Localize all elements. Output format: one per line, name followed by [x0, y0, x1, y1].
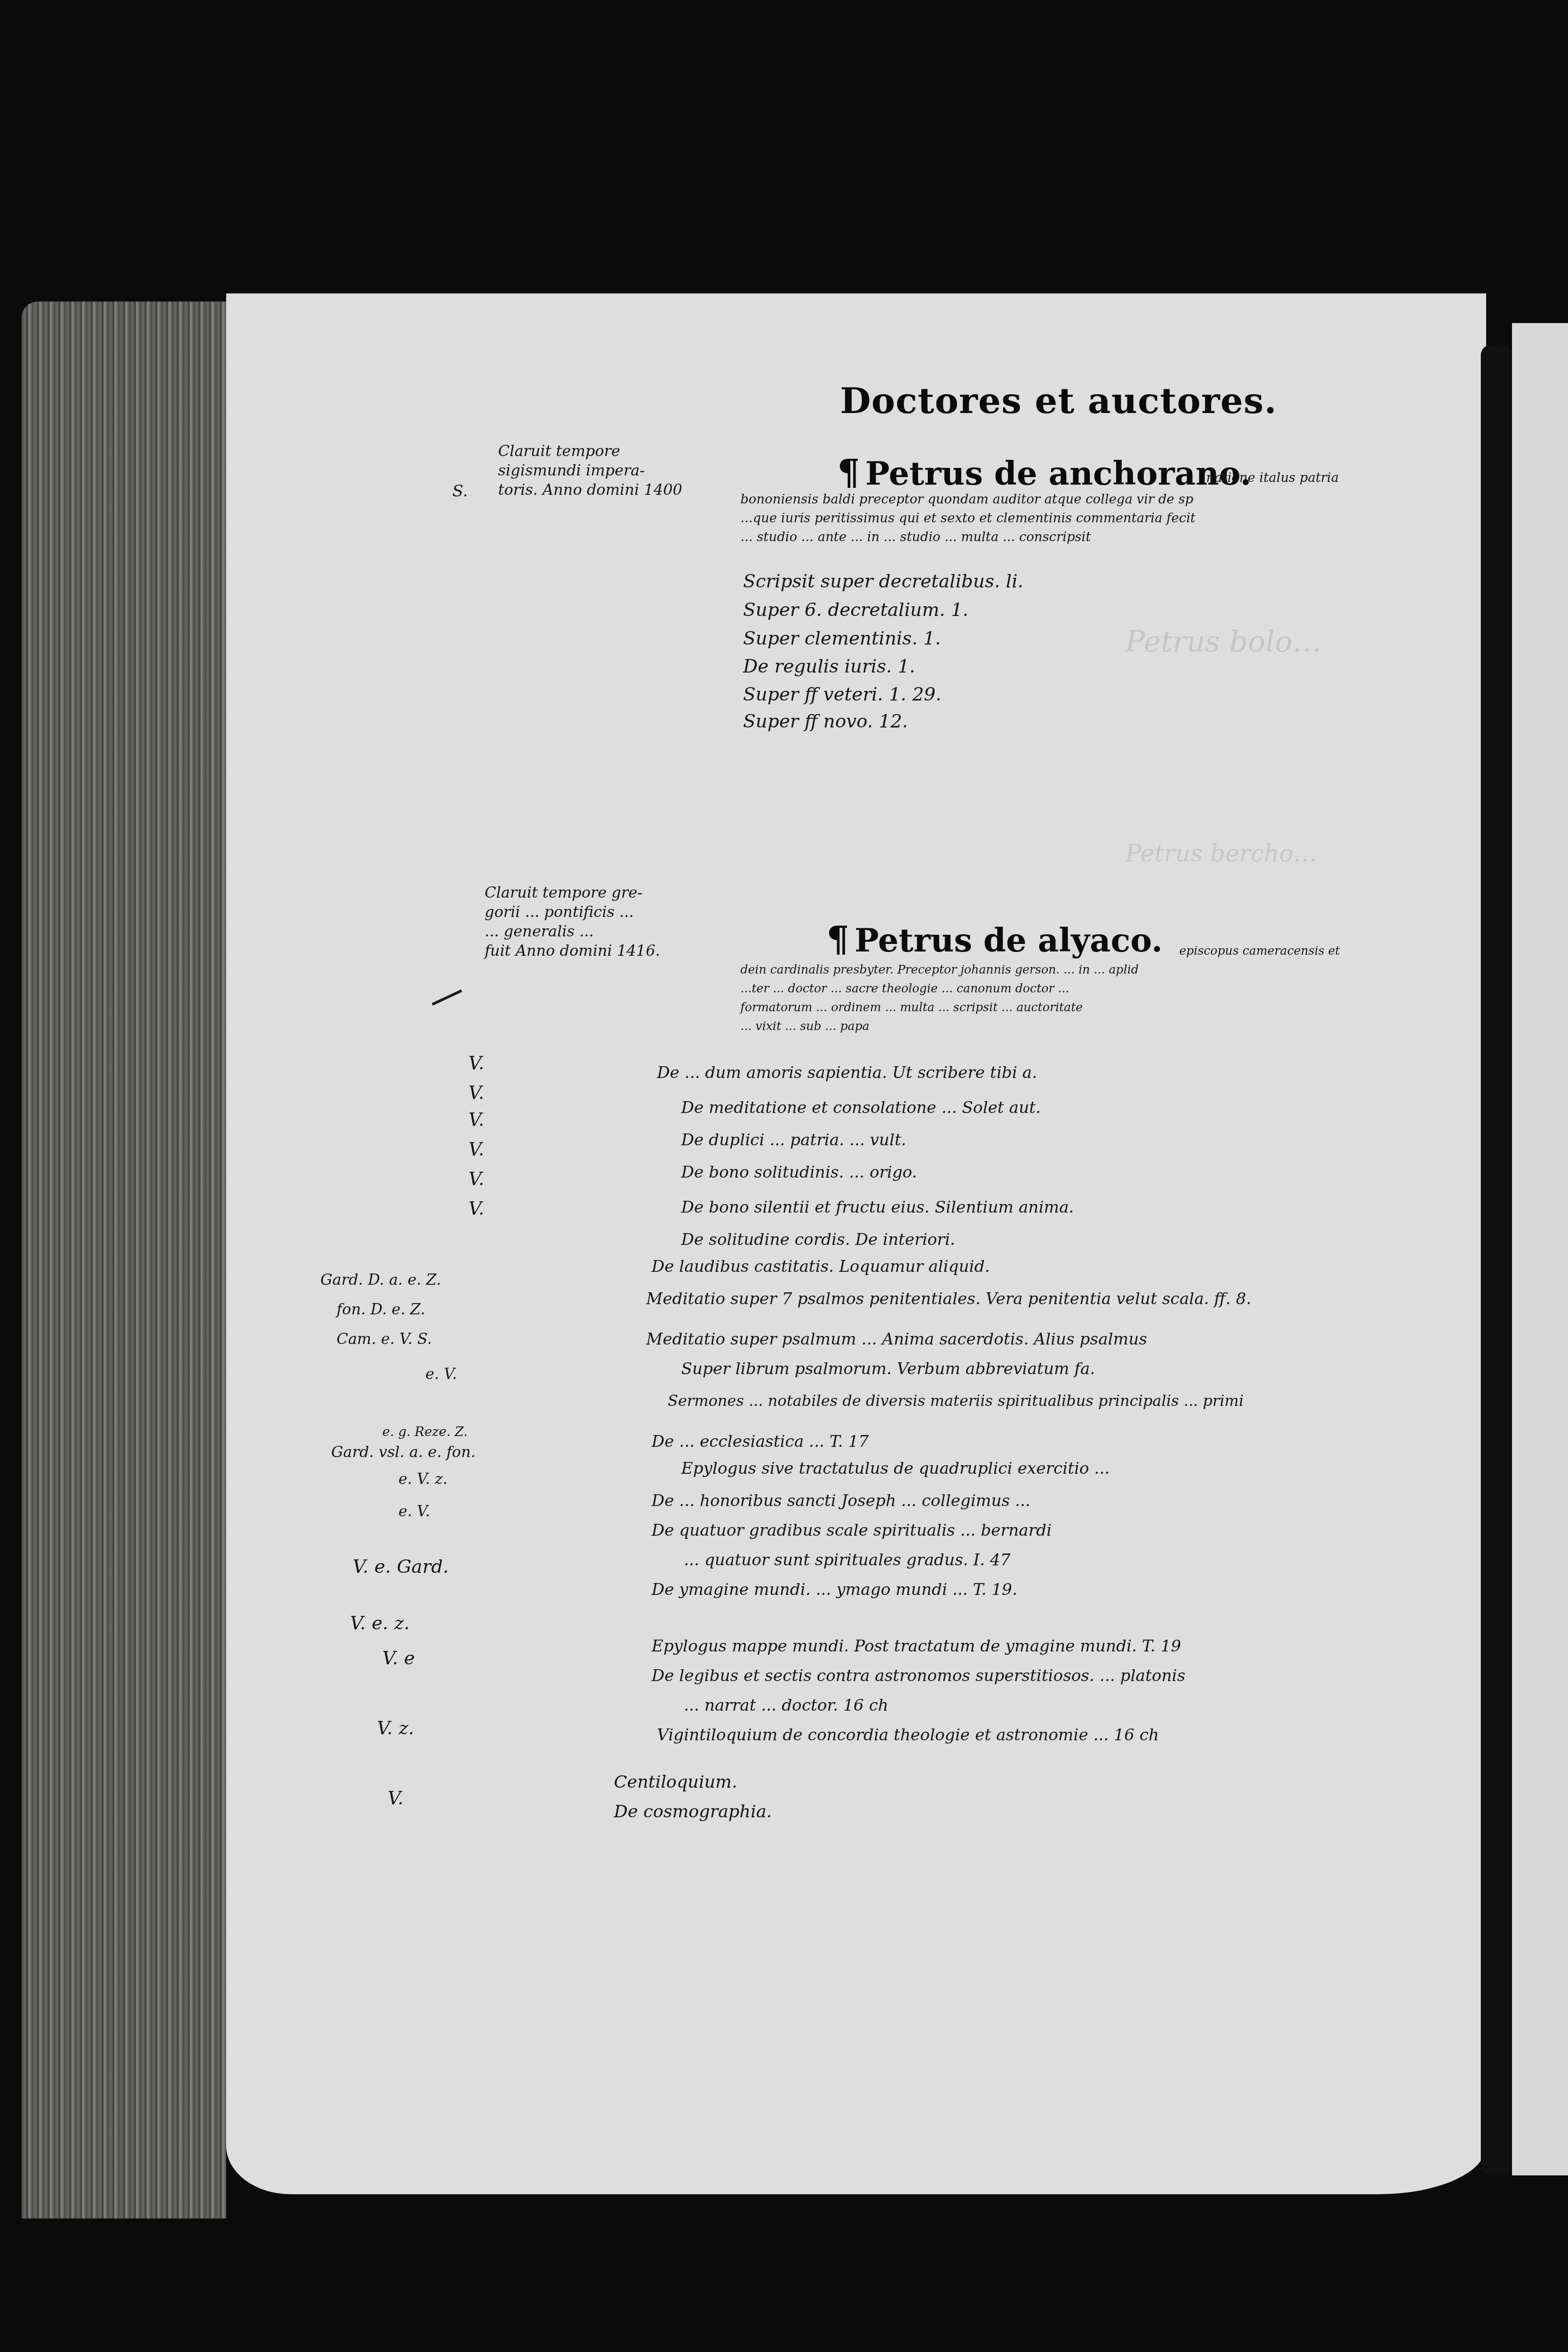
- work-item: Super 6. decretalium. 1.: [743, 599, 969, 621]
- margin-note-line: sigismundi impera-: [498, 461, 682, 480]
- bio-line: episcopus cameracensis et: [1179, 940, 1340, 963]
- margin-note-line: fuit Anno domini 1416.: [485, 941, 660, 961]
- siglum: Gard. vsl. a. e. fon.: [331, 1443, 475, 1461]
- work-item: De bono silentii et fructu eius. Silenti…: [681, 1198, 1074, 1217]
- work-item: Epylogus mappe mundi. Post tractatum de …: [652, 1637, 1181, 1656]
- work-item: De ... ecclesiastica ... T. 17: [652, 1432, 869, 1451]
- work-item: Super librum psalmorum. Verbum abbreviat…: [681, 1360, 1095, 1378]
- show-through-text: Petrus bercho…: [1125, 840, 1317, 867]
- work-item: De regulis iuris. 1.: [743, 656, 915, 677]
- bio-line: natione italus patria: [1206, 466, 1339, 489]
- siglum: V. e: [382, 1648, 415, 1669]
- siglum: fon. D. e. Z.: [337, 1300, 425, 1318]
- siglum: V.: [468, 1109, 484, 1131]
- facing-page-edge: [1512, 323, 1568, 2175]
- work-item: De solitudine cordis. De interiori.: [681, 1230, 955, 1249]
- work-item: Meditatio super psalmum ... Anima sacerd…: [646, 1330, 1147, 1349]
- work-item: ... quatuor sunt spirituales gradus. I. …: [684, 1551, 1011, 1570]
- margin-note-line: toris. Anno domini 1400: [498, 480, 682, 500]
- book-page-edges: [22, 302, 226, 2218]
- work-item: De bono solitudinis. ... origo.: [681, 1163, 917, 1182]
- work-item: Meditatio super 7 psalmos penitentiales.…: [646, 1290, 1251, 1308]
- siglum: e. V.: [398, 1502, 430, 1520]
- margin-note-entry-2: Claruit tempore gre- gorii ... pontifici…: [485, 883, 660, 961]
- work-item: ... narrat ... doctor. 16 ch: [684, 1696, 888, 1715]
- entry-title-2: ¶Petrus de alyaco.: [827, 918, 1163, 960]
- bio-line: ... studio ... ante ... in ... studio ..…: [740, 525, 1091, 549]
- siglum: V.: [468, 1082, 484, 1104]
- work-item: Scripsit super decretalibus. li.: [743, 571, 1024, 592]
- siglum: S.: [452, 482, 468, 501]
- pilcrow-icon: ¶: [827, 918, 849, 960]
- work-item: Super ff novo. 12.: [743, 711, 908, 732]
- work-item: De duplici ... patria. ... vult.: [681, 1131, 906, 1150]
- margin-note-line: Claruit tempore: [498, 442, 682, 461]
- margin-note-line: Claruit tempore gre-: [485, 883, 660, 902]
- margin-note-line: gorii ... pontificis ...: [485, 902, 660, 922]
- work-item: Super ff veteri. 1. 29.: [743, 684, 941, 705]
- work-item: De cosmographia.: [614, 1801, 772, 1822]
- margin-note-line: ... generalis ...: [485, 922, 660, 941]
- work-item: De ... honoribus sancti Joseph ... colle…: [652, 1492, 1031, 1510]
- work-item: Sermones ... notabiles de diversis mater…: [668, 1392, 1244, 1410]
- running-header: Doctores et auctores.: [840, 380, 1277, 422]
- book-gutter: [1481, 345, 1512, 2175]
- work-item: Vigintiloquium de concordia theologie et…: [657, 1726, 1159, 1745]
- work-item: Epylogus sive tractatulus de quadruplici…: [681, 1459, 1110, 1478]
- siglum: e. g. Reze. Z.: [382, 1424, 467, 1439]
- siglum: V.: [388, 1788, 403, 1809]
- work-item: De meditatione et consolatione ... Solet…: [681, 1098, 1041, 1117]
- margin-note-entry-1: Claruit tempore sigismundi impera- toris…: [498, 442, 682, 500]
- siglum: V. z.: [377, 1718, 414, 1739]
- siglum: e. V.: [425, 1365, 457, 1383]
- siglum: V. e. Gard.: [353, 1556, 449, 1578]
- siglum: V. e. z.: [350, 1613, 410, 1634]
- siglum: V.: [468, 1053, 484, 1074]
- work-item: De legibus et sectis contra astronomos s…: [652, 1667, 1185, 1685]
- work-item: De ... dum amoris sapientia. Ut scribere…: [657, 1063, 1037, 1082]
- work-item: Centiloquium.: [614, 1772, 737, 1792]
- siglum: e. V. z.: [398, 1470, 447, 1488]
- show-through-text: Petrus bolo…: [1125, 625, 1321, 659]
- siglum: V.: [468, 1198, 484, 1220]
- work-item: De quatuor gradibus scale spiritualis ..…: [652, 1521, 1052, 1540]
- siglum: V.: [468, 1168, 484, 1190]
- siglum: Gard. D. a. e. Z.: [320, 1271, 441, 1289]
- work-item: De ymagine mundi. ... ymago mundi ... T.…: [652, 1580, 1017, 1599]
- siglum: V.: [468, 1139, 484, 1160]
- siglum: Cam. e. V. S.: [337, 1330, 432, 1348]
- work-item: De laudibus castitatis. Loquamur aliquid…: [652, 1257, 990, 1276]
- work-item: Super clementinis. 1.: [743, 628, 941, 649]
- bio-line: ... vixit ... sub ... papa: [740, 1015, 870, 1039]
